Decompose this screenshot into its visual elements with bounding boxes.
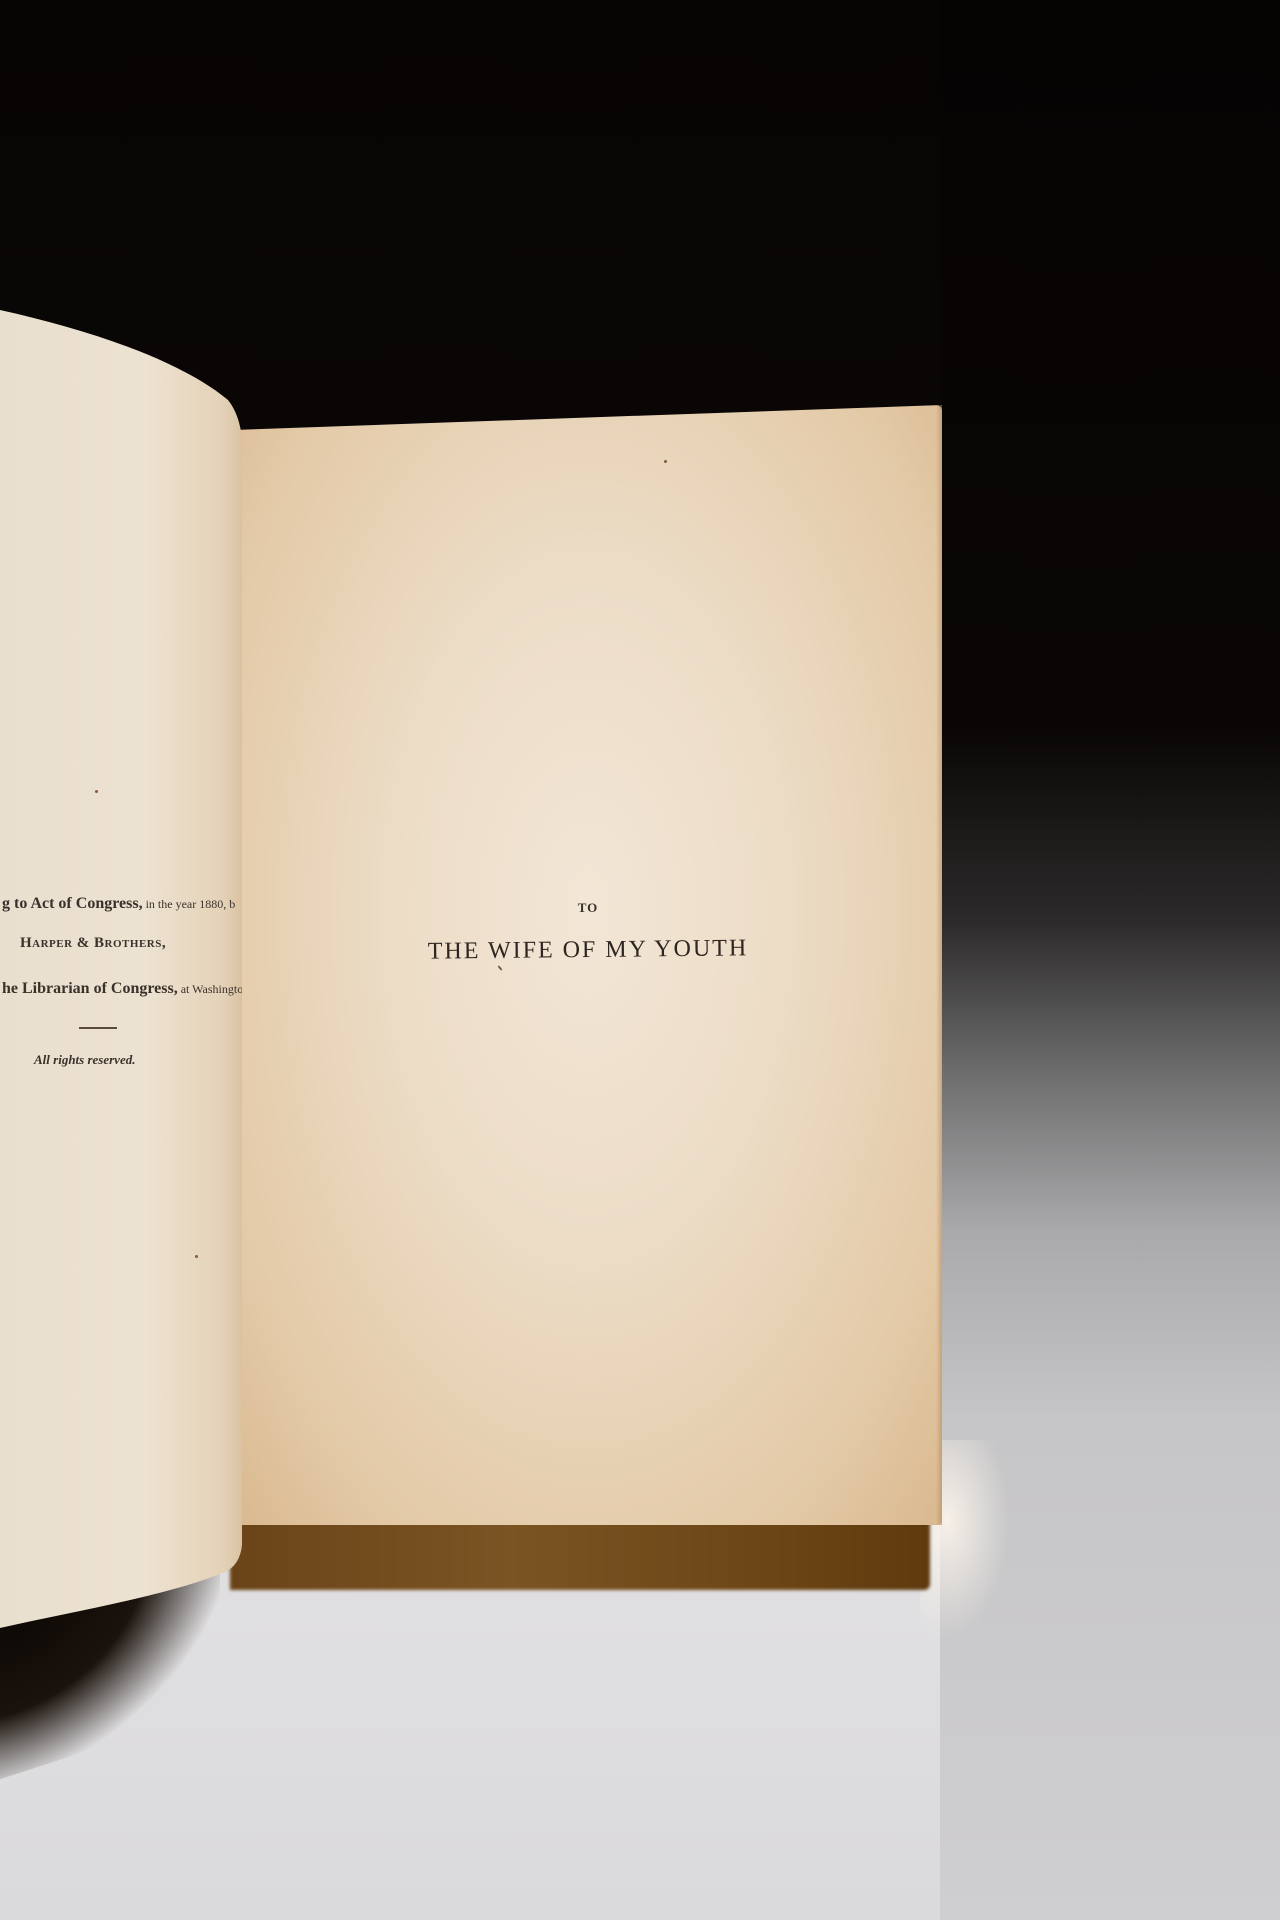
copyright-page: g to Act of Congress, in the year 1880, … (0, 310, 242, 1630)
divider-rule (79, 1027, 117, 1029)
page-edge (936, 405, 942, 1525)
photo-scene: TO THE WIFE OF MY YOUTH g to Act of Cong… (0, 0, 1280, 1920)
copyright-line-1: g to Act of Congress, in the year 1880, … (2, 895, 235, 913)
copyright-line-1-main: g to Act of Congress, (2, 895, 143, 912)
foxing-spot (664, 460, 667, 463)
foxing-spot (95, 790, 98, 793)
dedication-text: THE WIFE OF MY YOUTH (234, 933, 942, 967)
rights-reserved: All rights reserved. (34, 1052, 135, 1068)
right-page-shadow (230, 1515, 930, 1590)
publisher-name: Harper & Brothers, (20, 935, 166, 952)
dedication-page: TO THE WIFE OF MY YOUTH (234, 405, 942, 1525)
copyright-line-3: he Librarian of Congress, at Washingto (2, 980, 243, 998)
copyright-line-1-small: in the year 1880, b (143, 897, 236, 911)
copyright-line-3-small: at Washingto (178, 982, 243, 996)
dedication-to: TO (234, 900, 942, 916)
foxing-spot (195, 1255, 198, 1258)
ink-mark (497, 965, 502, 971)
copyright-line-3-main: he Librarian of Congress, (2, 980, 178, 997)
